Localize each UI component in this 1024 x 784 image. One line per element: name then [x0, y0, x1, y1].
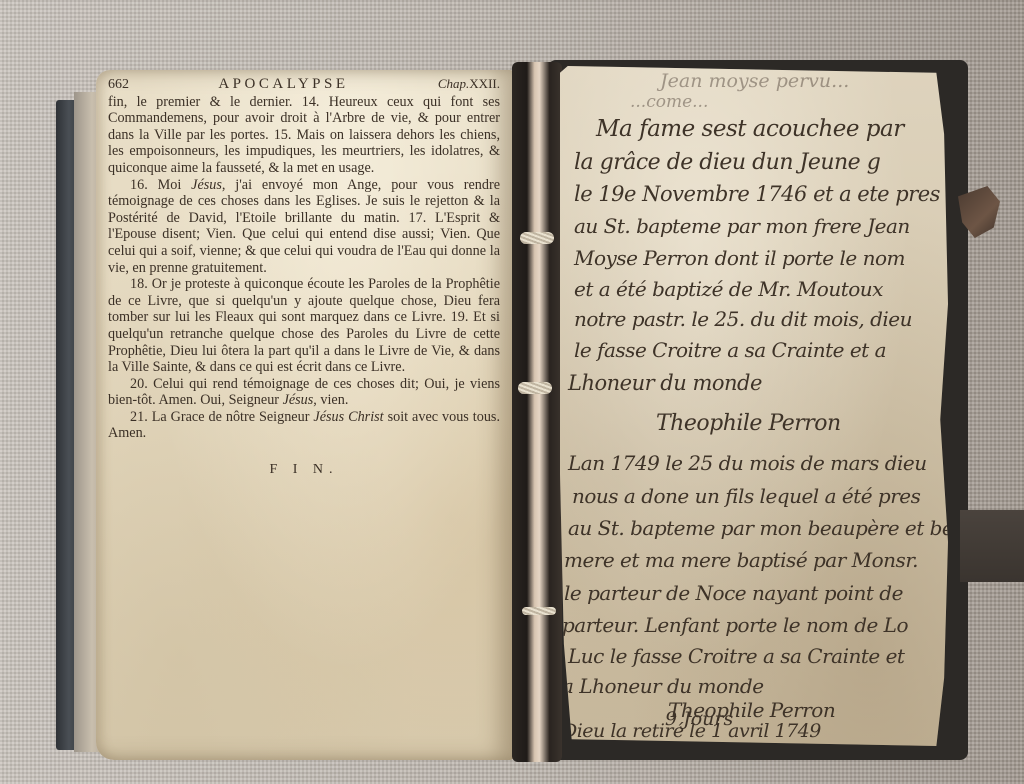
handwritten-line: au St. bapteme par mon beaupère et bel	[568, 516, 959, 540]
verse-paragraph: 20. Celui qui rend témoignage de ces cho…	[108, 376, 500, 409]
running-head: 662 APOCALYPSE Chap.XXII.	[108, 76, 500, 94]
book-photograph: 662 APOCALYPSE Chap.XXII. fin, le premie…	[0, 0, 1024, 784]
handwritten-line: a Lhoneur du monde	[562, 674, 764, 698]
verse-paragraph: 21. La Grace de nôtre Seigneur Jésus Chr…	[108, 409, 500, 442]
verse-paragraph: 16. Moi Jésus, j'ai envoyé mon Ange, pou…	[108, 177, 500, 277]
handwritten-line: Moyse Perron dont il porte le nom	[574, 246, 905, 270]
handwritten-line: parteur. Lenfant porte le nom de Lo	[562, 613, 908, 637]
chapter-label: Chap.XXII.	[438, 76, 500, 93]
end-mark: F I N.	[108, 462, 500, 479]
binding-thread	[520, 232, 554, 244]
handwritten-line: le fasse Croitre a sa Crainte et a	[574, 338, 886, 362]
handwritten-line: le parteur de Noce nayant point de	[564, 581, 903, 605]
handwritten-line: Luc le fasse Croitre a sa Crainte et	[568, 644, 904, 668]
printed-page-left: 662 APOCALYPSE Chap.XXII. fin, le premie…	[96, 70, 514, 760]
faint-handwriting: ...come...	[630, 92, 708, 112]
verse-paragraph: 18. Or je proteste à quiconque écoute le…	[108, 276, 500, 376]
handwritten-line: et a été baptizé de Mr. Moutoux	[574, 277, 883, 301]
faint-handwriting: Jean moyse pervu...	[660, 70, 849, 92]
verse-paragraph: fin, le premier & le dernier. 14. Heureu…	[108, 94, 500, 177]
binding-thread	[518, 382, 552, 394]
handwritten-text-block: Jean moyse pervu... ...come... Ma fame s…	[560, 66, 948, 746]
handwritten-line: Lhoneur du monde	[568, 371, 762, 395]
handwritten-line: notre pastr. le 25. du dit mois, dieu	[574, 307, 912, 331]
handwritten-line: Lan 1749 le 25 du mois de mars dieu	[568, 451, 927, 475]
handwritten-line: au St. bapteme par mon frere Jean	[574, 214, 910, 238]
handwritten-line: mere et ma mere baptisé par Monsr.	[564, 548, 918, 572]
running-title: APOCALYPSE	[218, 76, 348, 93]
handwritten-line: nous a done un fils lequel a été pres	[572, 484, 920, 508]
leather-clasp-strap	[960, 510, 1024, 582]
handwritten-line: le 19e Novembre 1746 et a ete pres	[574, 182, 940, 206]
handwritten-line: la grâce de dieu dun Jeune g	[574, 150, 880, 175]
handwritten-line: 9 Jours	[665, 708, 733, 730]
handwritten-line: Ma fame sest acouchee par	[596, 116, 904, 142]
printed-text-block: 662 APOCALYPSE Chap.XXII. fin, le premie…	[108, 76, 500, 479]
signature: Theophile Perron	[656, 411, 841, 436]
binding-thread	[522, 607, 556, 615]
page-number: 662	[108, 77, 129, 94]
handwritten-page-right: Jean moyse pervu... ...come... Ma fame s…	[560, 66, 948, 746]
book-spine-gutter	[512, 62, 562, 762]
